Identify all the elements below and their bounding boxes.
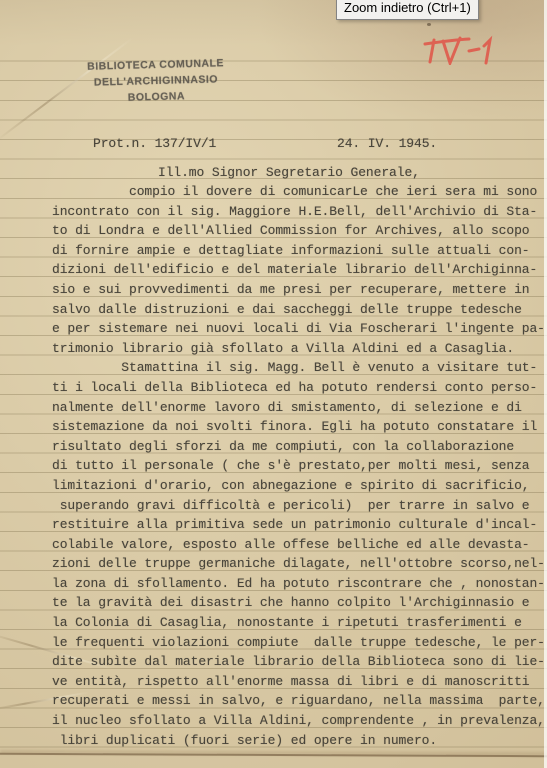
library-stamp: BIBLIOTECA COMUNALE DELL'ARCHIGINNASIO B… <box>79 55 232 107</box>
letter-body: compio il dovere di comunicarLe che ieri… <box>52 182 546 750</box>
handwritten-iv-1-mark <box>422 35 498 65</box>
paper-fold-line <box>0 753 547 757</box>
zoom-out-tooltip: Zoom indietro (Ctrl+1) <box>336 0 479 20</box>
letter-salutation: Ill.mo Signor Segretario Generale, <box>158 163 420 183</box>
protocol-row: Prot.n. 137/IV/1 24. IV. 1945. <box>0 134 547 154</box>
paper-speck <box>427 23 431 26</box>
document-viewer: BIBLIOTECA COMUNALE DELL'ARCHIGINNASIO B… <box>0 0 547 768</box>
protocol-number: Prot.n. 137/IV/1 <box>93 134 216 154</box>
letter-date: 24. IV. 1945. <box>337 134 437 154</box>
